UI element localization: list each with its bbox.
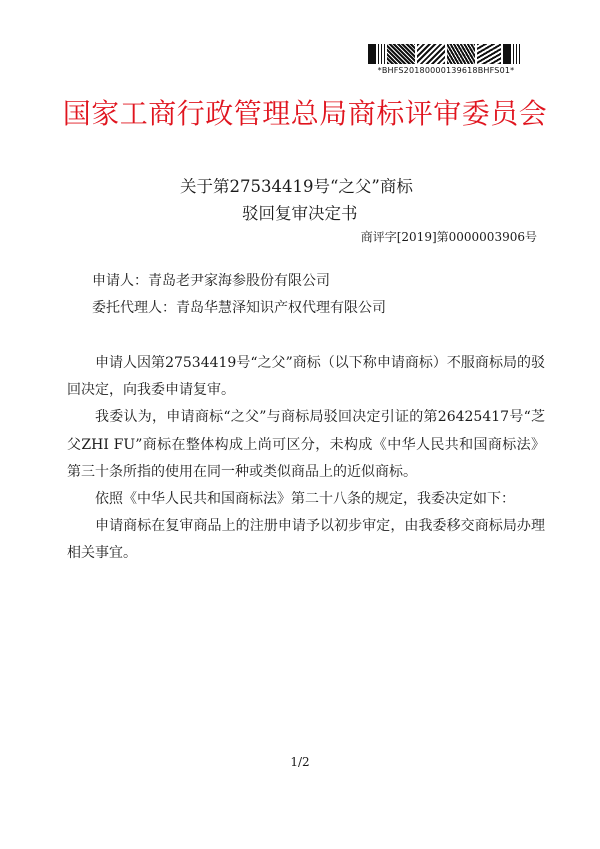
barcode-block (447, 44, 475, 64)
barcode-bar (384, 44, 385, 64)
body-paragraph: 申请商标在复审商品上的注册申请予以初步审定，由我委移交商标局办理相关事宜。 (67, 513, 545, 567)
barcode-bar (368, 44, 376, 64)
barcode-bar (378, 44, 379, 64)
barcode-block (387, 44, 415, 64)
agent-line: 委托代理人：青岛华慧泽知识产权代理有限公司 (92, 297, 386, 317)
page-number: 1/2 (0, 755, 600, 769)
barcode-block (417, 44, 445, 64)
barcode-code-text: *BHFS20180000139618BHFS01* (370, 66, 522, 75)
barcode-bar (503, 44, 511, 64)
applicant-line: 申请人：青岛老尹家海参股份有限公司 (92, 270, 330, 290)
document-title-line2: 驳回复审决定书 (242, 200, 358, 224)
barcode-bar (516, 44, 517, 64)
document-number: 商评字[2019]第0000003906号 (361, 228, 537, 245)
document-title-line1: 关于第27534419号“之父”商标 (180, 173, 413, 197)
barcode-bar (381, 44, 382, 64)
barcode-bar (513, 44, 514, 64)
body-paragraph: 依照《中华人民共和国商标法》第二十八条的规定，我委决定如下： (67, 486, 545, 513)
issuer-heading: 国家工商行政管理总局商标评审委员会 (60, 92, 550, 132)
barcode-icon (368, 44, 520, 64)
body-paragraph: 申请人因第27534419号“之父”商标（以下称申请商标）不服商标局的驳回决定，… (67, 350, 545, 404)
body-paragraph: 我委认为，申请商标“之父”与商标局驳回决定引证的第26425417号“芝父ZHI… (67, 404, 545, 486)
decision-body: 申请人因第27534419号“之父”商标（以下称申请商标）不服商标局的驳回决定，… (67, 350, 545, 568)
barcode-bar (519, 44, 520, 64)
barcode-block (477, 44, 501, 64)
